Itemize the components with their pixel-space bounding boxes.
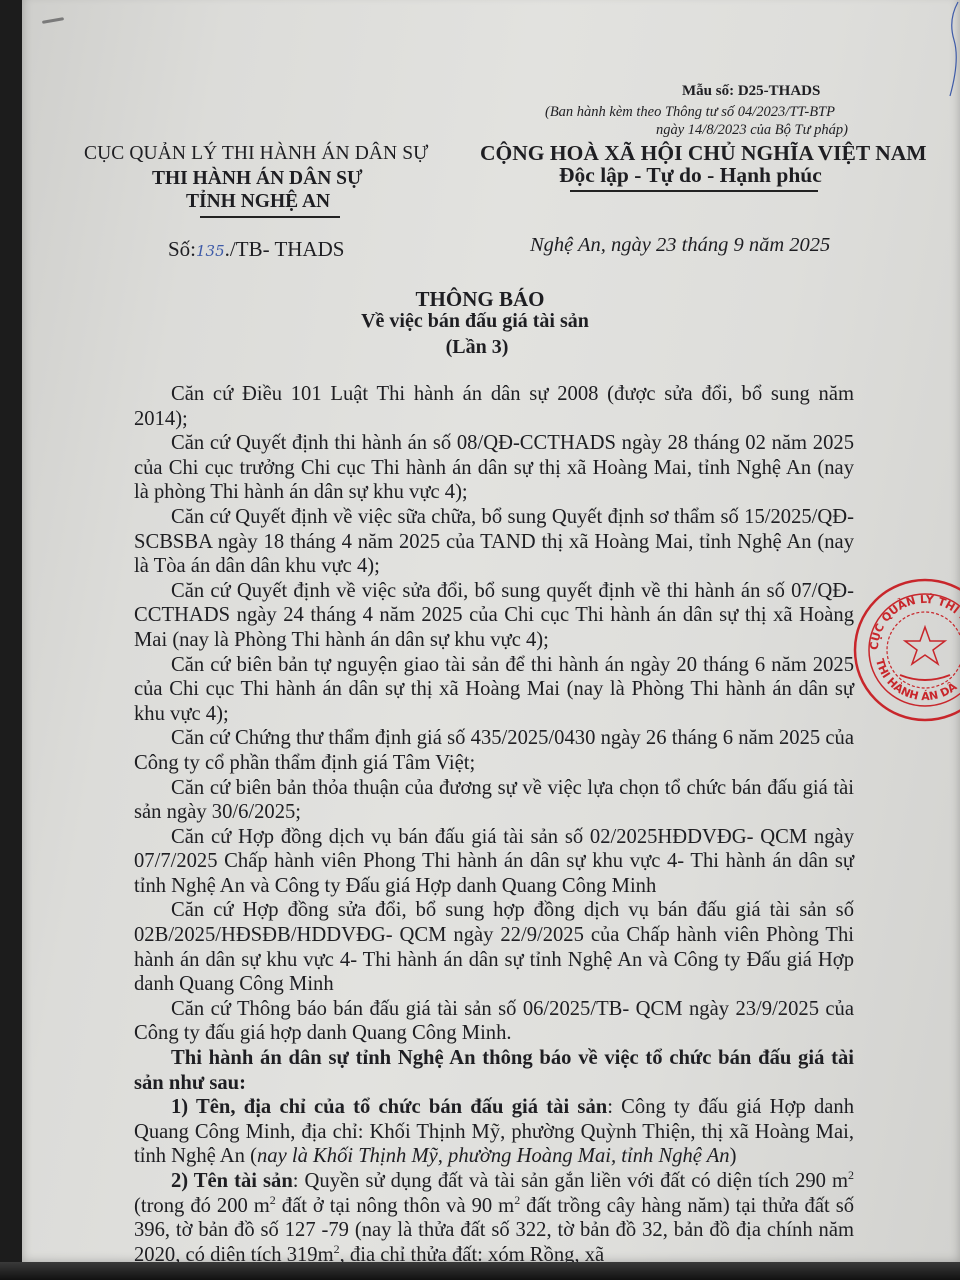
legal-basis: Căn cứ Hợp đồng dịch vụ bán đấu giá tài …	[134, 825, 854, 899]
legal-basis: Căn cứ Quyết định về việc sửa đổi, bổ su…	[134, 579, 854, 653]
agency-name: THI HÀNH ÁN DÂN SỰ	[152, 168, 363, 190]
red-seal-icon: CỤC QUẢN LÝ THI HÀNH THI HÀNH ÁN DÂ	[850, 575, 960, 725]
document-title: THÔNG BÁO	[0, 287, 960, 312]
handwritten-number: 135	[196, 242, 225, 260]
agency-province: TỈNH NGHỆ AN	[186, 191, 330, 213]
legal-basis: Căn cứ Quyết định thi hành án số 08/QĐ-C…	[134, 431, 854, 505]
item-asset-name: 2) Tên tài sản: Quyền sử dụng đất và tài…	[134, 1169, 854, 1267]
legal-basis: Căn cứ Hợp đồng sửa đổi, bổ sung hợp đồn…	[134, 898, 854, 996]
form-note: (Ban hành kèm theo Thông tư số 04/2023/T…	[545, 104, 835, 121]
legal-basis: Căn cứ Thông báo bán đấu giá tài sản số …	[134, 997, 854, 1046]
photo-edge	[0, 1262, 960, 1280]
legal-basis: Căn cứ Quyết định về việc sữa chữa, bổ s…	[134, 505, 854, 579]
legal-basis: Căn cứ biên bản tự nguyện giao tài sản đ…	[134, 653, 854, 727]
pen-mark-icon	[944, 0, 960, 100]
agency-parent: CỤC QUẢN LÝ THI HÀNH ÁN DÂN SỰ	[84, 143, 428, 165]
document-subject: Về việc bán đấu giá tài sản	[0, 310, 955, 333]
announcement: Thi hành án dân sự tỉnh Nghệ An thông bá…	[134, 1046, 854, 1095]
document-body: Căn cứ Điều 101 Luật Thi hành án dân sự …	[134, 382, 854, 1267]
document-round: (Lần 3)	[0, 336, 957, 359]
document-number: Số:135./TB- THADS	[168, 237, 344, 262]
form-code: Mẫu số: D25-THADS	[682, 83, 820, 100]
national-motto: Độc lập - Tự do - Hạnh phúc	[559, 163, 822, 188]
legal-basis: Căn cứ Chứng thư thẩm định giá số 435/20…	[134, 726, 854, 775]
item-auction-organization: 1) Tên, địa chỉ của tổ chức bán đấu giá …	[134, 1095, 854, 1169]
place-date: Nghệ An, ngày 23 tháng 9 năm 2025	[530, 234, 830, 257]
legal-basis: Căn cứ biên bản thỏa thuận của đương sự …	[134, 776, 854, 825]
form-note: ngày 14/8/2023 của Bộ Tư pháp)	[656, 122, 848, 139]
divider	[570, 190, 818, 192]
divider	[200, 216, 340, 218]
legal-basis: Căn cứ Điều 101 Luật Thi hành án dân sự …	[134, 382, 854, 431]
